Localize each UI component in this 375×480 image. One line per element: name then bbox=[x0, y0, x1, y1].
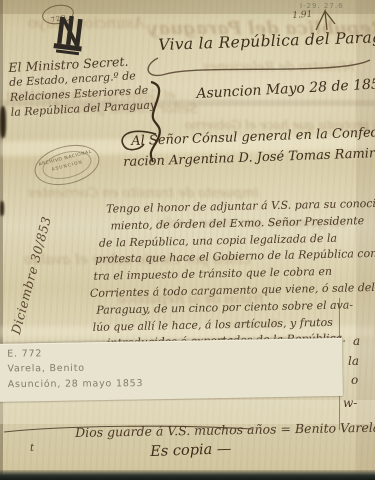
sender-block: El Ministro Secret. de Estado, encarg.º … bbox=[8, 52, 156, 120]
page-edge-fragment: o bbox=[351, 373, 358, 387]
page-edge-fragment: a bbox=[353, 334, 360, 348]
slip-date: Asunción, 28 mayo 1853 bbox=[8, 378, 144, 390]
bottom-shadow bbox=[0, 470, 375, 480]
catalog-slip: E. 772 Varela, Benito Asunción, 28 mayo … bbox=[0, 338, 343, 402]
slip-reference: E. 772 bbox=[7, 348, 42, 359]
margin-note: Diciembre 30/853 bbox=[8, 215, 54, 336]
ink-reference: 1.91 bbox=[292, 10, 313, 21]
page-edge-fragment: la bbox=[348, 354, 359, 368]
ink-blotch bbox=[0, 201, 4, 216]
ink-blotch bbox=[0, 106, 6, 138]
page-edge-fragment: w- bbox=[343, 396, 357, 410]
stray-mark: t bbox=[30, 443, 34, 454]
monogram-stamp-icon bbox=[53, 13, 88, 58]
left-scan-edge bbox=[0, 0, 3, 480]
library-stamp-oval: ARCHIVO NACIONAL ASUNCION bbox=[30, 139, 103, 192]
es-copia-line: Es copia — bbox=[150, 441, 232, 460]
slip-author: Varela, Benito bbox=[7, 363, 84, 375]
manuscript-page: Asuncion Mayo Republica del Paraguay Min… bbox=[0, 0, 375, 480]
body-paragraph: Tengo el honor de adjuntar á V.S. para s… bbox=[84, 196, 375, 353]
